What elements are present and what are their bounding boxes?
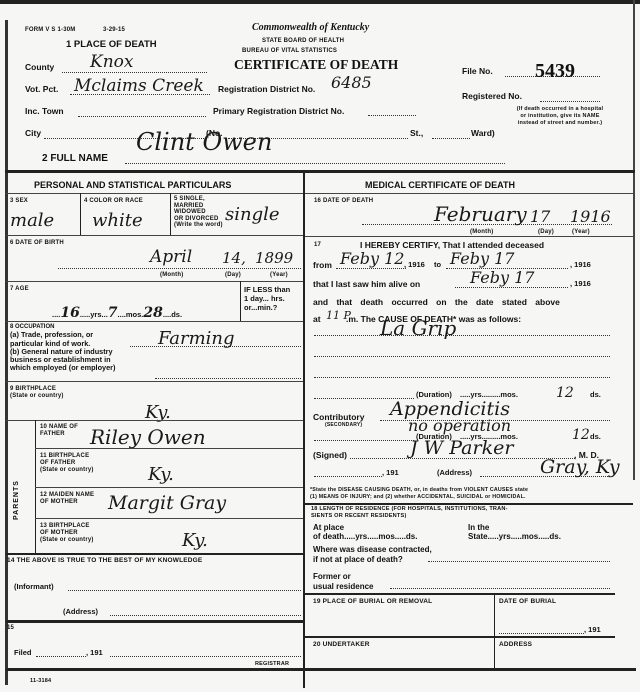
file-number-label: File No.	[462, 66, 493, 76]
last-saw-label: that I last saw him alive on	[313, 279, 420, 289]
if-less-1: IF LESS than	[244, 285, 290, 294]
filed-label: Filed	[14, 648, 32, 657]
knowledge-statement: 14 THE ABOVE IS TRUE TO THE BEST OF MY K…	[7, 557, 202, 564]
informant-address-label: (Address)	[63, 607, 98, 616]
residence-label-2: SIENTS OR RECENT RESIDENTS)	[311, 513, 508, 520]
age-years: 16	[60, 305, 79, 321]
age-label: 7 AGE	[10, 286, 29, 292]
column-divider	[303, 170, 305, 688]
frame-top-rule	[5, 170, 635, 173]
registration-district-label: Registration District No.	[218, 84, 315, 94]
month-caption: (Month)	[160, 272, 183, 278]
scan-border-top	[0, 0, 640, 4]
dob-label: 6 DATE OF BIRTH	[10, 240, 64, 246]
street-label: St.,	[410, 128, 423, 138]
physician-signature: J W Parker	[410, 437, 513, 459]
scan-border-left	[5, 20, 8, 685]
father-name-label-1: 10 NAME OF	[40, 424, 78, 431]
personal-heading: PERSONAL AND STATISTICAL PARTICULARS	[34, 180, 231, 190]
footnote-1: *State the DISEASE CAUSING DEATH, or, in…	[310, 487, 528, 494]
year-caption: (Year)	[270, 272, 288, 278]
contracted-label-2: if not at place of death?	[313, 555, 432, 565]
form-number: FORM V S 1-30M	[25, 27, 75, 33]
date-of-death-day: 17	[530, 207, 550, 226]
registrar-label: REGISTRAR	[255, 661, 289, 667]
marital-label-5: (Write the word)	[174, 222, 223, 229]
contributory-label: Contributory	[313, 412, 364, 422]
to-date: Feby 17	[450, 249, 514, 268]
scan-border-right	[633, 0, 635, 480]
date-of-death-label: 16 DATE OF DEATH	[314, 198, 373, 204]
footer-code: 11-3184	[30, 678, 51, 684]
burial-date-year: , 191	[584, 625, 601, 634]
city-label: City	[25, 128, 41, 138]
sex-label: 3 SEX	[10, 198, 28, 204]
last-saw-year: , 1916	[570, 279, 591, 288]
sex-value: male	[10, 210, 54, 231]
registered-number-label: Registered No.	[462, 91, 522, 101]
registration-district-value: 6485	[331, 73, 372, 92]
date-of-death-month: February	[434, 202, 527, 226]
father-birthplace-label-2: OF FATHER	[40, 460, 94, 467]
occupation-value: Farming	[158, 328, 235, 349]
to-year: , 1916	[570, 260, 591, 269]
father-birthplace-value: Ky.	[148, 464, 174, 485]
mother-birthplace-label-2: OF MOTHER	[40, 530, 94, 537]
at-label: at	[313, 314, 321, 324]
mother-name-label-1: 12 MAIDEN NAME	[40, 492, 94, 499]
duration-2-days: 12	[572, 427, 590, 443]
certificate-title: CERTIFICATE OF DEATH	[234, 57, 398, 73]
day-caption: (Day)	[225, 272, 241, 278]
age-months: 7	[108, 305, 118, 321]
commonwealth: Commonwealth of Kentucky	[252, 22, 369, 33]
county-label: County	[25, 62, 54, 72]
frame-bottom-rule	[6, 668, 636, 671]
informant-label: (Informant)	[14, 582, 54, 591]
place-of-death-heading: 1 PLACE OF DEATH	[66, 39, 157, 50]
date-of-death-year: 1916	[570, 207, 611, 226]
yrs-label: yrs.	[90, 310, 103, 319]
dob-month: April	[150, 247, 192, 267]
burial-date-label: DATE OF BURIAL	[499, 598, 556, 605]
signed-label: (Signed)	[313, 450, 347, 460]
full-name-label: 2 FULL NAME	[42, 153, 108, 164]
item-15: 15	[7, 625, 14, 631]
duration-1-days: 12	[556, 385, 574, 401]
footnote-2: (1) MEANS OF INJURY; and (2) whether ACC…	[310, 494, 528, 501]
dob-day: 14,	[222, 249, 246, 267]
race-label: 4 COLOR OR RACE	[84, 198, 143, 204]
ds-label: ds.	[171, 310, 182, 319]
in-state-label-2: State.....yrs.....mos.....ds.	[468, 532, 561, 541]
from-year: , 1916	[404, 260, 425, 269]
inc-town-label: Inc. Town	[25, 106, 64, 116]
birthplace-label-2: (State or country)	[10, 393, 64, 400]
undertaker-address-label: ADDRESS	[499, 641, 532, 648]
father-birthplace-label-1: 11 BIRTHPLACE	[40, 453, 94, 460]
hospital-note: (If death occurred in a hospital or inst…	[515, 106, 605, 127]
bureau: BUREAU OF VITAL STATISTICS	[242, 48, 337, 54]
last-saw-date: Feby 17	[470, 268, 534, 287]
former-residence-label-1: Former or	[313, 572, 373, 582]
age-days: 28	[143, 305, 162, 321]
primary-registration-label: Primary Registration District No.	[213, 106, 344, 116]
board: STATE BOARD OF HEALTH	[262, 38, 344, 44]
to-label: to	[434, 260, 441, 269]
item-17: 17	[314, 242, 321, 248]
dob-year: 1899	[255, 249, 293, 267]
mother-name-value: Margit Gray	[108, 492, 226, 514]
physician-address-value: Gray, Ky	[540, 456, 620, 478]
at-place-label-1: At place	[313, 523, 417, 532]
occurred-text: and that death occurred on the date stat…	[313, 297, 560, 307]
vot-pct-label: Vot. Pct.	[25, 84, 58, 94]
secondary-label: (SECONDARY)	[325, 422, 362, 428]
mother-birthplace-value: Ky.	[182, 530, 208, 551]
burial-place-label: 19 PLACE OF BURIAL OR REMOVAL	[313, 598, 432, 605]
mother-birthplace-label-1: 13 BIRTHPLACE	[40, 523, 94, 530]
at-place-label-2: of death.....yrs.....mos.....ds.	[313, 532, 417, 541]
form-code: 3-29-15	[103, 27, 125, 33]
medical-heading: MEDICAL CERTIFICATE OF DEATH	[365, 180, 515, 190]
father-name-value: Riley Owen	[90, 425, 206, 449]
vot-pct-value: Mclaims Creek	[74, 76, 204, 96]
filed-year: , 191	[86, 648, 103, 657]
mother-birthplace-label-3: (State or country)	[40, 537, 94, 544]
marital-value: single	[225, 204, 280, 225]
if-less-3: or...min.?	[244, 303, 290, 312]
full-name-value: Clint Owen	[136, 128, 272, 156]
birthplace-label-1: 9 BIRTHPLACE	[10, 386, 64, 393]
residence-label-1: 18 LENGTH OF RESIDENCE (FOR HOSPITALS, I…	[311, 506, 508, 513]
father-birthplace-label-3: (State or country)	[40, 467, 94, 474]
death-certificate: FORM V S 1-30M 3-29-15 1 PLACE OF DEATH …	[0, 0, 640, 692]
from-date: Feby 12	[340, 249, 404, 268]
father-name-label-2: FATHER	[40, 431, 78, 438]
from-label: from	[313, 260, 332, 270]
cause-of-death-value: La Grip	[380, 316, 456, 340]
mos-label: mos.	[126, 310, 144, 319]
signed-date-year: , 191	[382, 468, 399, 477]
undertaker-label: 20 UNDERTAKER	[313, 641, 370, 648]
ward-label: Ward)	[471, 128, 495, 138]
county-value: Knox	[90, 52, 133, 72]
parents-label: PARENTS	[13, 480, 20, 520]
race-value: white	[92, 210, 143, 231]
mother-name-label-2: OF MOTHER	[40, 499, 94, 506]
physician-address-label: (Address)	[437, 468, 472, 477]
in-state-label-1: In the	[468, 523, 561, 532]
contracted-label-1: Where was disease contracted,	[313, 545, 432, 555]
if-less-2: 1 day... hrs.	[244, 294, 290, 303]
occupation-label-6: which employed (or employer)	[10, 364, 115, 372]
former-residence-label-2: usual residence	[313, 582, 373, 592]
file-number-value: 5439	[535, 60, 575, 83]
